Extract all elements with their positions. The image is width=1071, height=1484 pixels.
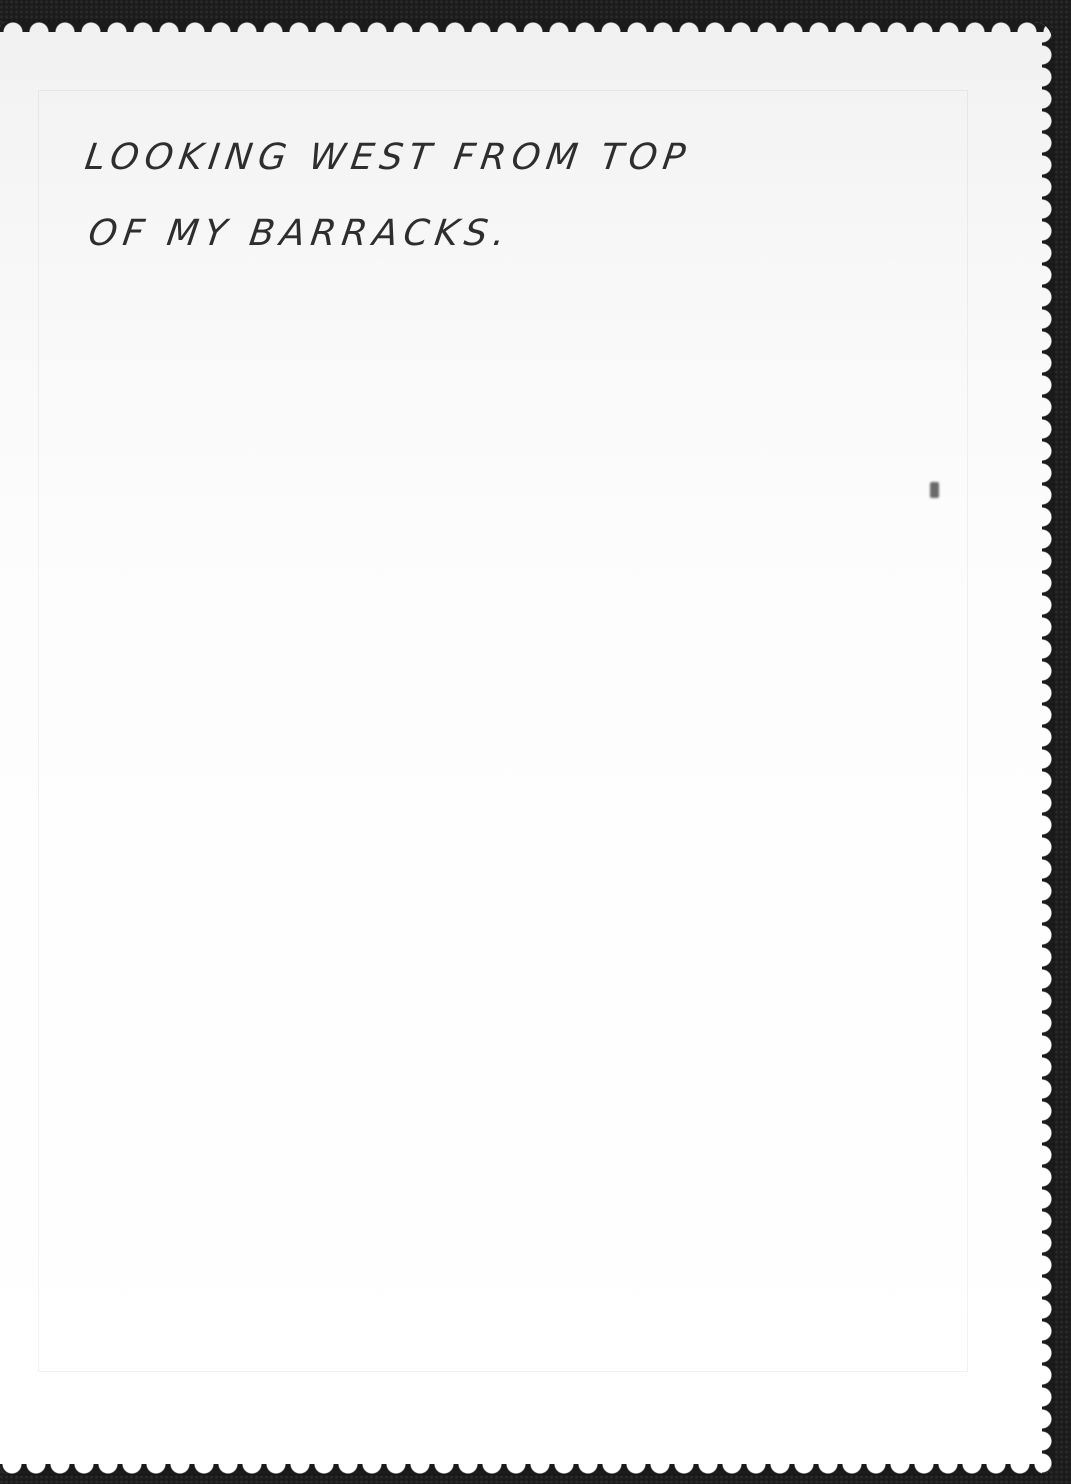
deckled-edge-right [1042, 22, 1052, 1474]
caption-line-1: LOOKING WEST FROM TOP [80, 120, 891, 196]
deckled-edge-top [0, 22, 1052, 32]
embossed-frame [38, 90, 968, 1372]
photo-back: LOOKING WEST FROM TOP OF MY BARRACKS. [0, 22, 1052, 1474]
handwritten-caption: LOOKING WEST FROM TOP OF MY BARRACKS. [69, 120, 890, 272]
caption-line-2: OF MY BARRACKS. [69, 196, 880, 272]
ink-smudge [930, 482, 939, 498]
deckled-edge-bottom [0, 1464, 1052, 1474]
